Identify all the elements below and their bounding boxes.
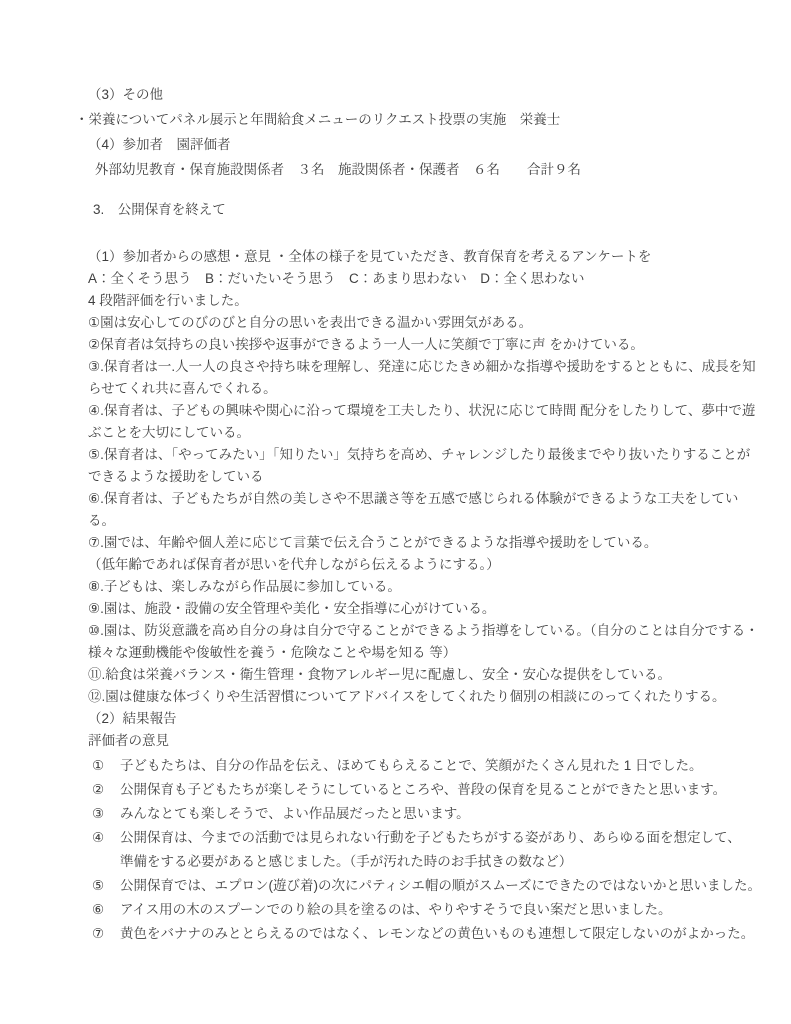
nutrition-bullet: ・栄養についてパネル展示と年間給食メニューのリクエスト投票の実施 栄養士 (75, 107, 764, 132)
comment-text: 子どもたちは、自分の作品を伝え、ほめてもらえることで、笑顔がたくさん見れた 1 … (120, 754, 780, 778)
survey-scale: A：全くそう思う B：だいたいそう思う C：あまり思わない D：全く思わない (88, 268, 760, 290)
comment-text: アイス用の木のスプーンでのり絵の具を塗るのは、やりやすそうで良い案だと思いました… (120, 898, 780, 922)
survey-item: ⑪.給食は栄養バランス・衛生管理・食物アレルギー児に配慮し、安全・安心な提供をし… (88, 664, 760, 686)
survey-item: ④.保育者は、子どもの興味や関心に沿って環境を工夫したり、状況に応じて時間 配分… (88, 400, 760, 444)
participants-detail: 外部幼児教育・保育施設関係者 ３名 施設関係者・保護者 ６名 合計９名 (95, 157, 764, 182)
other-heading: （3）その他 (88, 82, 764, 107)
survey-item: ⑧.子どもは、楽しみながら作品展に参加している。 (88, 576, 760, 598)
document-content: （3）その他 ・栄養についてパネル展示と年間給食メニューのリクエスト投票の実施 … (88, 82, 764, 946)
survey-item: ③.保育者は一.人一人の良さや持ち味を理解し、発達に応じたきめ細かな指導や援助を… (88, 356, 760, 400)
survey-item: ⑦.園では、年齢や個人差に応じて言葉で伝え合うことができるような指導や援助をして… (88, 532, 760, 554)
survey-item: ⑥.保育者は、子どもたちが自然の美しさや不思議さ等を五感で感じられる体験ができる… (88, 488, 760, 532)
survey-item: ①園は安心してのびのびと自分の思いを表出できる温かい雰囲気がある。 (88, 312, 760, 334)
participants-heading: （4）参加者 園評価者 (88, 132, 764, 157)
survey-intro: （1）参加者からの感想・意見 ・全体の様子を見ていただき、教育保育を考えるアンケ… (88, 246, 760, 268)
comment-number: ① (92, 754, 104, 778)
comment-number: ② (92, 778, 104, 802)
survey-block: （1）参加者からの感想・意見 ・全体の様子を見ていただき、教育保育を考えるアンケ… (88, 246, 764, 752)
evaluator-comments: ① 子どもたちは、自分の作品を伝え、ほめてもらえることで、笑顔がたくさん見れた … (88, 754, 764, 946)
survey-item-note: （低年齢であれば保育者が思いを代弁しながら伝えるようにする。） (88, 554, 760, 576)
evaluator-comment: ① 子どもたちは、自分の作品を伝え、ほめてもらえることで、笑顔がたくさん見れた … (88, 754, 764, 778)
results-heading: （2）結果報告 (88, 708, 760, 730)
evaluators-heading: 評価者の意見 (88, 730, 760, 752)
scanned-document-page: （3）その他 ・栄養についてパネル展示と年間給食メニューのリクエスト投票の実施 … (0, 0, 791, 1024)
section3-heading: 3. 公開保育を終えて (93, 197, 764, 222)
evaluator-comment: ⑦ 黄色をバナナのみととらえるのではなく、レモンなどの黄色いものも連想して限定し… (88, 922, 764, 946)
evaluator-comment: ④ 公開保育は、今までの活動では見られない行動を子どもたちがする姿があり、あらゆ… (88, 826, 764, 874)
evaluator-comment: ⑥ アイス用の木のスプーンでのり絵の具を塗るのは、やりやすそうで良い案だと思いま… (88, 898, 764, 922)
comment-number: ⑤ (92, 874, 104, 898)
survey-item: ⑤.保育者は、「やってみたい」「知りたい」気持ちを高め、チャレンジしたり最後まで… (88, 444, 760, 488)
comment-number: ④ (92, 826, 104, 850)
comment-text: みんなとても楽しそうで、よい作品展だったと思います。 (120, 802, 780, 826)
survey-item: ⑨.園は、施設・設備の安全管理や美化・安全指導に心がけている。 (88, 598, 760, 620)
comment-number: ③ (92, 802, 104, 826)
comment-text: 公開保育は、今までの活動では見られない行動を子どもたちがする姿があり、あらゆる面… (120, 826, 780, 850)
survey-item: ⑩.園は、防災意識を高め自分の身は自分で守ることができるよう指導をしている。（自… (88, 620, 760, 664)
comment-text: 公開保育も子どもたちが楽しそうにしているところや、普段の保育を見ることができたと… (120, 778, 780, 802)
comment-text: 公開保育では、エプロン(遊び着)の次にパティシエ帽の順がスムーズにできたのではな… (120, 874, 780, 898)
evaluator-comment: ③ みんなとても楽しそうで、よい作品展だったと思います。 (88, 802, 764, 826)
survey-item: ⑫.園は健康な体づくりや生活習慣についてアドバイスをしてくれたり個別の相談にのっ… (88, 686, 760, 708)
comment-number: ⑥ (92, 898, 104, 922)
comment-number: ⑦ (92, 922, 104, 946)
evaluator-comment: ⑤ 公開保育では、エプロン(遊び着)の次にパティシエ帽の順がスムーズにできたので… (88, 874, 764, 898)
comment-text-continued: 準備をする必要があると感じました。（手が汚れた時のお手拭きの数など） (120, 850, 780, 874)
section-meta: （3）その他 ・栄養についてパネル展示と年間給食メニューのリクエスト投票の実施 … (88, 82, 764, 182)
survey-item: ②保育者は気持ちの良い挨拶や返事ができるよう一人一人に笑顔で丁寧に声 をかけてい… (88, 334, 760, 356)
evaluator-comment: ② 公開保育も子どもたちが楽しそうにしているところや、普段の保育を見ることができ… (88, 778, 764, 802)
comment-text: 黄色をバナナのみととらえるのではなく、レモンなどの黄色いものも連想して限定しない… (120, 922, 780, 946)
survey-note: 4 段階評価を行いました。 (88, 290, 760, 312)
